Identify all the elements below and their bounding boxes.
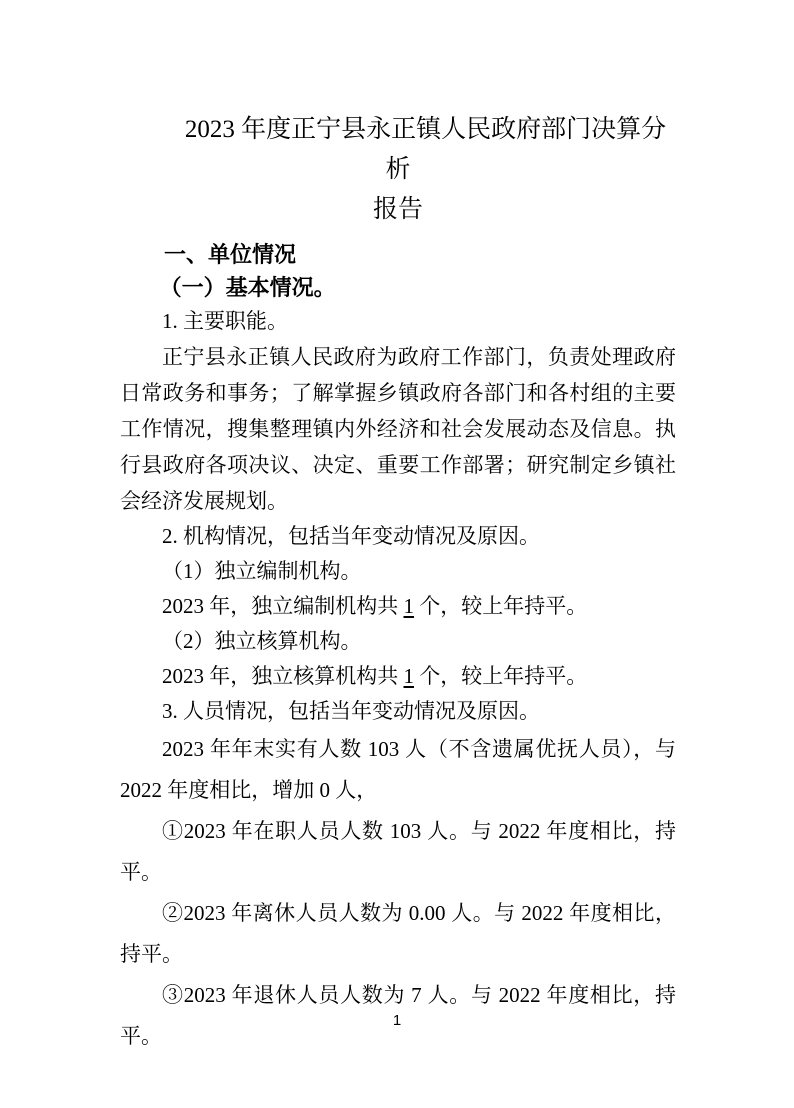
document-title-line-2: 报告	[120, 190, 676, 230]
establishment-count-prefix: 2023 年，独立编制机构共	[162, 594, 404, 618]
line-establishment-org-count: 2023 年，独立编制机构共 1 个，较上年持平。	[120, 589, 676, 624]
paragraph-main-functions: 正宁县永正镇人民政府为政府工作部门，负责处理政府日常政务和事务；了解掌握乡镇政府…	[120, 339, 676, 519]
accounting-count-suffix: 个，较上年持平。	[414, 664, 587, 688]
line-accounting-org-count: 2023 年，独立核算机构共 1 个，较上年持平。	[120, 659, 676, 694]
heading-basic-situation: （一）基本情况。	[120, 272, 676, 304]
heading-unit-overview: 一、单位情况	[120, 238, 676, 272]
paragraph-personnel-lixiu-retired: ②2023 年离休人员人数为 0.00 人。与 2022 年度相比，持平。	[120, 893, 676, 975]
document-title: 2023 年度正宁县永正镇人民政府部门决算分析 报告	[120, 110, 676, 230]
accounting-count-prefix: 2023 年，独立核算机构共	[162, 664, 404, 688]
paragraph-personnel-active: ①2023 年在职人员人数 103 人。与 2022 年度相比，持平。	[120, 811, 676, 893]
establishment-count-suffix: 个，较上年持平。	[414, 594, 587, 618]
item-organization-info: 2. 机构情况，包括当年变动情况及原因。	[120, 519, 676, 554]
paragraph-personnel-summary: 2023 年年末实有人数 103 人（不含遗属优抚人员），与 2022 年度相比…	[120, 729, 676, 811]
document-title-line-1: 2023 年度正宁县永正镇人民政府部门决算分析	[120, 110, 676, 190]
item-personnel-info: 3. 人员情况，包括当年变动情况及原因。	[120, 694, 676, 729]
accounting-count-value: 1	[404, 664, 415, 688]
establishment-count-value: 1	[404, 594, 415, 618]
label-independent-establishment-org: （1）独立编制机构。	[120, 554, 676, 589]
label-independent-accounting-org: （2）独立核算机构。	[120, 624, 676, 659]
document-page: 2023 年度正宁县永正镇人民政府部门决算分析 报告 一、单位情况 （一）基本情…	[0, 0, 794, 1108]
item-main-functions: 1. 主要职能。	[120, 304, 676, 339]
page-number: 1	[0, 1012, 794, 1030]
